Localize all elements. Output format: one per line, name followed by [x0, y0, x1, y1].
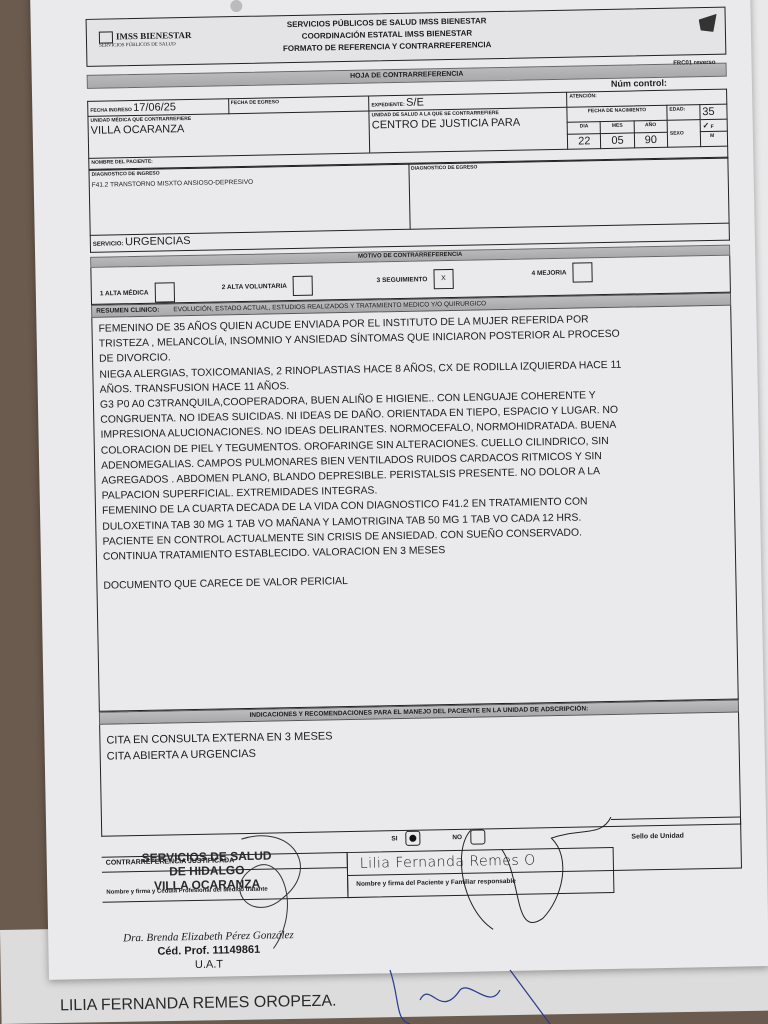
admission-diagnosis: F41.2 TRANSTORNO MISXTO ANSIOSO-DEPRESIV…: [92, 176, 407, 189]
label: SERVICIO:: [93, 241, 124, 248]
counter-referral-form: IMSS BIENESTAR SERVICIOS PÚBLICOS DE SAL…: [30, 0, 768, 980]
label: MES: [612, 123, 623, 129]
seal-label: Sello de Unidad: [631, 833, 684, 841]
justified-choice: SI NO: [391, 829, 515, 846]
no-radio[interactable]: [470, 829, 485, 844]
doctor-unit: U.A.T: [124, 956, 295, 973]
si-radio[interactable]: [405, 831, 420, 846]
label: EDAD:: [669, 106, 685, 112]
form-title: SERVICIOS PÚBLICOS DE SALUD IMSS BIENEST…: [237, 14, 538, 56]
label: FECHA INGRESO: [90, 107, 132, 114]
doctor-stamp: Dra. Brenda Elizabeth Pérez González Céd…: [123, 928, 294, 973]
form-code: FRC01 reverso: [673, 60, 715, 67]
imss-logo: IMSS BIENESTAR SERVICIOS PÚBLICOS DE SAL…: [99, 30, 192, 49]
option-mejoria: 4 MEJORIA: [531, 262, 592, 283]
label: FECHA DE NACIMIENTO: [588, 107, 646, 114]
patient-signature-box: Lilia Fernanda Remes O Nombre y firma de…: [347, 847, 615, 898]
official-stamp: SERVICIOS DE SALUD DE HIDALGO VILLA OCAR…: [142, 849, 273, 893]
label: NO: [452, 834, 462, 841]
label: 3 SEGUIMIENTO: [377, 276, 428, 284]
patient-signature-label: Nombre y firma del Paciente y Familiar r…: [356, 878, 516, 888]
label: DIAGNOSTICO DE EGRESO: [411, 164, 478, 171]
birth-year: 90: [645, 134, 657, 146]
birth-day: 22: [578, 135, 590, 147]
option-seguimiento: 3 SEGUIMIENTOX: [376, 269, 453, 290]
option-alta-voluntaria: 2 ALTA VOLUNTARIA: [222, 276, 314, 298]
logo-subtitle: SERVICIOS PÚBLICOS DE SALUD: [99, 42, 192, 49]
patient-info-table: FECHA INGRESO 17/06/25 FECHA DE EGRESO E…: [87, 89, 728, 170]
label: DIAGNOSTICO DE INGRESO: [92, 171, 160, 178]
label: F: [711, 124, 714, 130]
alta-voluntaria-checkbox[interactable]: [293, 276, 313, 296]
state-emblem-icon: [699, 14, 717, 32]
label: ATENCIÓN:: [569, 93, 597, 100]
label: 4 MEJORIA: [531, 269, 566, 277]
form-body: IMSS BIENESTAR SERVICIOS PÚBLICOS DE SAL…: [86, 7, 743, 917]
diagnosis-table: DIAGNOSTICO DE INGRESOF41.2 TRANSTORNO M…: [88, 158, 729, 253]
seguimiento-checkbox[interactable]: X: [433, 269, 453, 289]
option-alta-medica: 1 ALTA MÉDICA: [100, 282, 175, 303]
stamp-line: SERVICIOS DE SALUD: [142, 849, 272, 865]
label: NOMBRE DEL PACIENTE:: [91, 159, 153, 166]
label: SI: [391, 835, 397, 842]
label: FECHA DE EGRESO: [231, 99, 279, 106]
sex-female-checkbox[interactable]: ✓: [702, 121, 709, 130]
unit-seal-box: Sello de Unidad: [611, 817, 742, 871]
label: AÑO: [645, 122, 656, 128]
label: 1 ALTA MÉDICA: [100, 289, 149, 297]
service: URGENCIAS: [125, 235, 191, 248]
label: SEXO: [670, 130, 684, 136]
admission-date: 17/06/25: [133, 101, 176, 114]
record-number: S/E: [406, 96, 424, 108]
label: M: [710, 133, 714, 139]
mejoria-checkbox[interactable]: [572, 262, 592, 282]
imss-emblem-icon: [99, 31, 113, 43]
destination-unit: CENTRO DE JUSTICIA PARA: [372, 116, 565, 132]
punch-hole: [230, 0, 242, 12]
stamp-line: VILLA OCARANZA: [142, 877, 272, 893]
signature-section: SI NO CONTRARREFERENCIA JUSTIFICADA Nomb…: [101, 825, 742, 917]
birth-month: 05: [611, 135, 623, 147]
label: DIA: [580, 123, 589, 129]
logo-name: IMSS BIENESTAR: [116, 30, 192, 41]
age: 35: [702, 106, 714, 118]
alta-medica-checkbox[interactable]: [154, 282, 174, 302]
resumen-label: RESUMEN CLINICO:: [96, 307, 159, 315]
label: 2 ALTA VOLUNTARIA: [222, 283, 287, 291]
patient-handwritten-name: Lilia Fernanda Remes O: [360, 852, 536, 871]
label: EXPEDIENTE:: [371, 102, 404, 109]
clinical-summary: FEMENINO DE 35 AÑOS QUIEN ACUDE ENVIADA …: [91, 306, 738, 712]
